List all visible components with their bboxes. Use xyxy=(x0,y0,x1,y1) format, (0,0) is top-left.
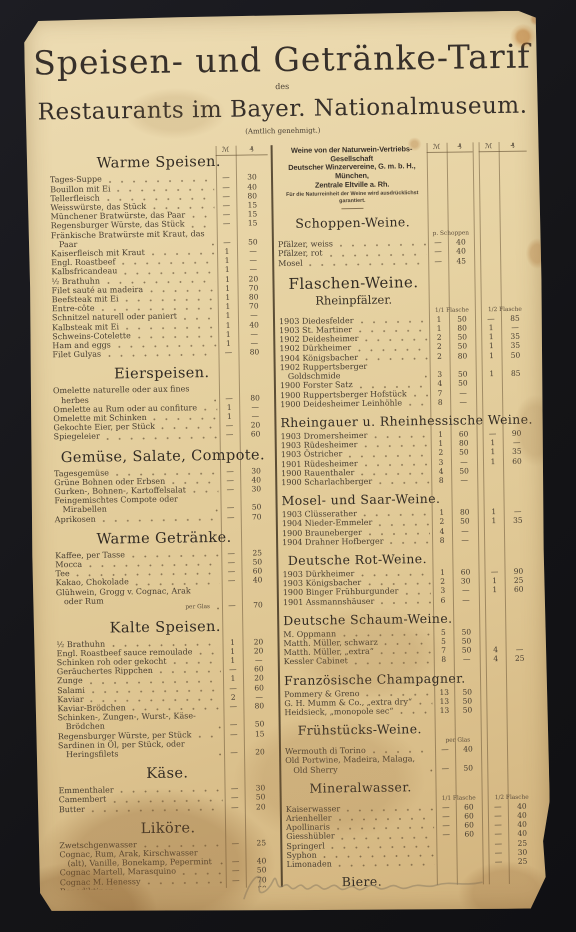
price-pfennig: 15 xyxy=(236,200,268,210)
price-pfennig: 20 xyxy=(242,637,274,647)
item-label: Heidsieck, „monopole sec“ xyxy=(284,707,393,718)
item-label: Giesshübler xyxy=(286,832,335,842)
dot-leader xyxy=(103,350,216,359)
price-pfennig: — xyxy=(239,402,271,412)
price-pfennig: 60 xyxy=(240,430,272,440)
price-pfennig-full: 50 xyxy=(452,517,478,527)
price-pfennig: 40 xyxy=(242,576,274,586)
price-mark: — xyxy=(220,466,240,475)
price-mark-half: 1 xyxy=(481,323,501,332)
item-name: 1904 Drahner Hofberger xyxy=(282,536,384,547)
price-pfennig-full: — xyxy=(453,595,479,605)
price-mark-half: — xyxy=(488,829,508,838)
price-pfennig: 80 xyxy=(238,347,270,357)
price-pfennig-half: 40 xyxy=(508,829,536,839)
price-pfennig: 80 xyxy=(239,393,271,403)
price-pfennig-full: 50 xyxy=(454,645,480,655)
item-label: Springerl xyxy=(286,841,324,851)
price-pfennig-full: 50 xyxy=(451,466,477,476)
notice-line: Deutscher Winzervereine, G. m. b. H., Mü… xyxy=(277,163,427,182)
price-mark: 2 xyxy=(223,692,243,701)
price-pfennig: — xyxy=(243,655,275,665)
item-label: Apollinaris xyxy=(286,823,330,833)
price-mark-full: — xyxy=(436,802,456,811)
price-pfennig-half: 85 xyxy=(502,369,530,379)
price-mark-full: 8 xyxy=(432,535,452,544)
item-name: Mosel xyxy=(278,258,303,268)
price-mark-full: — xyxy=(428,247,448,256)
price-mark-half: — xyxy=(483,429,503,438)
price-pfennig: 70 xyxy=(241,512,273,522)
dot-leader xyxy=(376,598,431,606)
price-mark-full: 7 xyxy=(430,388,450,397)
price-pfennig-full: 40 xyxy=(448,238,474,248)
menu-document: Speisen- und Getränke-Tarif des Restaura… xyxy=(24,10,551,915)
price-mark-full: 8 xyxy=(434,655,454,664)
price-mark-half: 1 xyxy=(483,457,503,466)
item-label: Glühwein, Grogg v. Cognac, Arak oder Rum xyxy=(56,586,191,606)
price-mark: 1 xyxy=(217,247,237,256)
price-pfennig: 80 xyxy=(236,191,268,201)
price-pfennig-full: 50 xyxy=(453,636,479,646)
price-mark: — xyxy=(221,548,241,557)
price-mark-half: 1 xyxy=(481,332,501,341)
item-name: Butter xyxy=(59,804,85,814)
price-pfennig-full: 80 xyxy=(449,351,475,361)
price-mark-full: 7 xyxy=(434,646,454,655)
price-mark-full: 13 xyxy=(434,696,454,705)
dot-leader xyxy=(98,515,219,524)
item-name: Schinken-, Zungen-, Wurst-, Käse-Brödche… xyxy=(57,711,211,732)
price-mark-half: 1 xyxy=(485,576,505,585)
menu-item-row: Sardinen in Öl, per Stück, oder Heringsf… xyxy=(58,738,276,759)
price-mark: — xyxy=(225,838,245,847)
price-mark: — xyxy=(216,210,236,219)
item-label: Kaiserwasser xyxy=(286,804,340,814)
price-mark: 1 xyxy=(218,320,238,329)
price-pfennig-full: 50 xyxy=(455,763,481,773)
section-title: Liköre. xyxy=(59,819,277,838)
price-header-row: ℳ ₰ ℳ ₰ xyxy=(427,142,527,153)
price-pfennig-half: 25 xyxy=(505,576,533,586)
price-pfennig: 70 xyxy=(238,301,270,311)
item-label: Zunge xyxy=(57,676,83,685)
dot-leader xyxy=(386,538,431,546)
price-pfennig-full: 50 xyxy=(454,696,480,706)
item-name: Syphon xyxy=(286,850,316,860)
section-title: Mineralwasser. xyxy=(285,779,435,796)
wine-item-row: Old Portwine, Madeira, Malaga, Old Sherr… xyxy=(285,753,535,775)
mark-symbol: ℳ xyxy=(427,143,447,153)
price-pfennig-full: 30 xyxy=(453,576,479,586)
price-pfennig-full: — xyxy=(454,655,480,665)
price-pfennig-full: 60 xyxy=(452,567,478,577)
price-mark: — xyxy=(221,558,241,567)
pfennig-symbol: ₰ xyxy=(447,143,473,153)
price-mark-full: 3 xyxy=(431,457,451,466)
item-name: Zunge xyxy=(57,676,83,686)
item-label: Tages-Suppe xyxy=(50,175,102,185)
price-pfennig-half: 40 xyxy=(508,820,536,830)
item-label: Fränkische Bratwürste mit Kraut, das Paa… xyxy=(51,229,205,249)
section-title: Kalte Speisen. xyxy=(56,618,274,637)
section-title: Rheingauer u. Rheinhessische Weine. xyxy=(280,413,430,430)
price-pfennig-full: 50 xyxy=(450,379,476,389)
item-name: Fränkische Bratwürste mit Kraut, das Paa… xyxy=(51,229,205,250)
item-name: 1901 Assmannshäuser xyxy=(283,596,375,606)
price-mark-full: 5 xyxy=(433,637,453,646)
item-name: Tee xyxy=(55,569,69,578)
price-pfennig-half: 25 xyxy=(509,889,537,891)
price-mark-full: 5 xyxy=(433,627,453,636)
price-mark-full: — xyxy=(436,830,456,839)
item-label: Aprikosen xyxy=(55,514,96,524)
item-label: M. Oppmann xyxy=(283,629,336,639)
price-pfennig-full: 60 xyxy=(456,821,482,831)
item-name: Kaviar xyxy=(57,695,84,705)
price-pfennig-half: 35 xyxy=(501,332,529,342)
price-pfennig: — xyxy=(243,692,275,702)
price-pfennig: 30 xyxy=(244,783,276,793)
price-pfennig-full: — xyxy=(452,535,478,545)
price-mark-full: 4 xyxy=(432,526,452,535)
price-mark-full: — xyxy=(436,812,456,821)
price-pfennig-full: 80 xyxy=(451,438,477,448)
price-pfennig-full: 50 xyxy=(449,333,475,343)
right-column: ℳ ₰ ℳ ₰ Weine von der Naturwein-Vertrieb… xyxy=(277,142,538,891)
price-pfennig-half: 85 xyxy=(501,313,529,323)
dot-leader xyxy=(305,259,427,268)
title-block: Speisen- und Getränke-Tarif des Restaura… xyxy=(24,10,541,138)
price-pfennig-half: 35 xyxy=(503,447,531,457)
price-pfennig: — xyxy=(238,338,270,348)
page-title: Speisen- und Getränke-Tarif xyxy=(24,38,539,81)
price-mark: — xyxy=(224,748,244,757)
item-name: Glühwein, Grogg v. Cognac, Arak oder Rum… xyxy=(56,586,210,613)
price-pfennig: 30 xyxy=(240,484,272,494)
price-mark-full: 2 xyxy=(432,517,452,526)
handwritten-signature xyxy=(236,859,497,913)
item-label: Pfälzer, weiss xyxy=(278,240,333,250)
price-mark: — xyxy=(217,219,237,228)
item-name: Aprikosen xyxy=(55,514,96,524)
price-mark-half: 1 xyxy=(484,507,504,516)
price-mark: — xyxy=(219,393,239,402)
price-pfennig-full: 40 xyxy=(455,744,481,754)
price-mark: — xyxy=(223,665,243,674)
price-mark: 1 xyxy=(217,256,237,265)
price-pfennig: 40 xyxy=(238,320,270,330)
mark-symbol: ℳ xyxy=(479,142,499,152)
price-pfennig: 20 xyxy=(239,420,271,430)
price-pfennig-half: — xyxy=(506,645,534,655)
price-mark-full: 4 xyxy=(430,379,450,388)
price-pfennig: 20 xyxy=(245,802,277,812)
price-pfennig-full: 50 xyxy=(453,627,479,637)
item-name: Filet Gulyas xyxy=(52,350,101,360)
dot-leader xyxy=(102,433,218,442)
price-pfennig-half: 25 xyxy=(506,654,534,664)
item-name: Heidsieck, „monopole sec“ xyxy=(284,707,393,718)
item-name: Salami xyxy=(57,685,85,695)
price-pfennig-half: 25 xyxy=(508,838,536,848)
item-label: Syphon xyxy=(286,850,316,859)
price-mark: — xyxy=(220,430,240,439)
price-pfennig: 30 xyxy=(236,173,268,183)
item-label: Tagesgemüse xyxy=(54,468,109,478)
price-mark: — xyxy=(221,503,241,512)
item-label: Filet Gulyas xyxy=(52,350,101,360)
price-mark-full: 1 xyxy=(432,568,452,577)
price-pfennig-half: — xyxy=(501,323,529,333)
price-mark-half: — xyxy=(488,811,508,820)
price-mark-half: — xyxy=(484,567,504,576)
notice-line: Zentrale Eltville a. Rh. xyxy=(277,180,427,191)
dot-leader xyxy=(425,766,433,773)
price-mark: — xyxy=(225,802,245,811)
price-pfennig: — xyxy=(238,311,270,321)
section-title: Gemüse, Salate, Compote. xyxy=(54,447,272,466)
price-pfennig: 50 xyxy=(241,503,273,513)
price-pfennig: — xyxy=(237,255,269,265)
price-pfennig: — xyxy=(239,411,271,421)
price-pfennig-full: 45 xyxy=(448,256,474,266)
price-pfennig: 20 xyxy=(237,274,269,284)
price-pfennig-full: 50 xyxy=(449,314,475,324)
item-label: 1901 Assmannshäuser xyxy=(283,596,375,606)
price-pfennig-half: 60 xyxy=(503,456,531,466)
price-mark-full: 1 xyxy=(431,439,451,448)
price-pfennig: 50 xyxy=(241,557,273,567)
page-subtitle: Restaurants im Bayer. Nationalmuseum. xyxy=(25,93,540,126)
price-pfennig-half: 50 xyxy=(501,350,529,360)
price-mark: — xyxy=(216,182,236,191)
price-mark: 1 xyxy=(218,293,238,302)
item-label: Tellerfleisch xyxy=(50,193,100,203)
price-mark-half: 1 xyxy=(485,585,505,594)
price-pfennig-full: 40 xyxy=(448,247,474,257)
left-column: ℳ ₰ Warme Speisen.Tages-Suppe—30Bouillon… xyxy=(50,146,278,891)
price-mark: 1 xyxy=(218,302,238,311)
item-name: Mocca xyxy=(55,560,82,570)
item-label: 1900 Deidesheimer Leinhöhle xyxy=(280,398,402,409)
dot-leader xyxy=(212,603,220,610)
item-label: Arienheller xyxy=(286,813,332,823)
dot-leader xyxy=(350,658,432,666)
dot-leader xyxy=(214,750,222,757)
item-name: Feingemischtes Compote oder Mirabellen xyxy=(54,494,208,515)
price-mark: — xyxy=(221,512,241,521)
section-title: Warme Getränke. xyxy=(55,529,273,548)
price-mark: 1 xyxy=(218,329,238,338)
item-label: Sardinen in Öl, per Stück, oder Heringsf… xyxy=(58,739,185,759)
price-mark-full: 13 xyxy=(434,706,454,715)
price-mark-half: 4 xyxy=(486,645,506,654)
item-label: Emmenthaler xyxy=(58,786,113,796)
price-mark: 1 xyxy=(223,656,243,665)
price-pfennig: 50 xyxy=(237,237,269,247)
price-mark-half: — xyxy=(488,848,508,857)
price-mark-half: — xyxy=(488,820,508,829)
price-pfennig-half: 90 xyxy=(503,429,531,439)
item-label: Omelette naturelle oder aux fines herbes xyxy=(53,385,190,405)
price-pfennig: 70 xyxy=(242,601,274,611)
price-mark-half: 1 xyxy=(483,447,503,456)
price-pfennig: 15 xyxy=(236,209,268,219)
price-mark-full: — xyxy=(436,821,456,830)
price-pfennig: 80 xyxy=(238,292,270,302)
price-mark-full: 1 xyxy=(432,508,452,517)
price-mark: 1 xyxy=(217,283,237,292)
item-label: 1900 Scharlachberger xyxy=(281,477,372,487)
price-mark-half: — xyxy=(488,802,508,811)
item-name: Springerl xyxy=(286,841,324,851)
price-mark: — xyxy=(220,475,240,484)
item-label: Tee xyxy=(55,569,69,578)
price-pfennig-full: 50 xyxy=(454,687,480,697)
price-pfennig: 15 xyxy=(237,219,269,229)
price-mark: 1 xyxy=(218,311,238,320)
price-pfennig-half: 90 xyxy=(504,567,532,577)
price-pfennig-half: 40 xyxy=(508,801,536,811)
price-pfennig: — xyxy=(237,265,269,275)
price-pfennig-half: 35 xyxy=(504,516,532,526)
price-mark-full: 1 xyxy=(431,430,451,439)
price-pfennig-half: — xyxy=(503,438,531,448)
price-mark: — xyxy=(216,173,236,182)
photo-background: Speisen- und Getränke-Tarif des Restaura… xyxy=(0,0,576,932)
price-pfennig-full: — xyxy=(452,526,478,536)
price-mark-full: 2 xyxy=(433,577,453,586)
price-mark: — xyxy=(220,485,240,494)
item-name: Spiegeleier xyxy=(54,432,100,442)
price-pfennig: 20 xyxy=(243,674,275,684)
price-mark-full: 8 xyxy=(431,476,451,485)
section-title: Deutsche Schaum-Weine. xyxy=(283,611,433,628)
price-mark-full: 4 xyxy=(431,466,451,475)
item-label: Spiegeleier xyxy=(54,432,100,442)
price-pfennig: 20 xyxy=(243,646,275,656)
price-mark-full: 2 xyxy=(429,333,449,342)
price-mark: — xyxy=(223,702,243,711)
notice-guarantee: Für die Naturreinheit der Weine wird aus… xyxy=(277,190,427,206)
price-pfennig: 60 xyxy=(243,664,275,674)
item-label: Schinken-, Zungen-, Wurst-, Käse-Brödche… xyxy=(57,711,195,731)
item-label: ½ Brathuhn xyxy=(51,276,100,286)
menu-item-row: Glühwein, Grogg v. Cognac, Arak oder Rum… xyxy=(56,585,274,613)
price-mark: — xyxy=(223,683,243,692)
item-name: Cognac, Rum, Arak, Kirschwasser (alt), V… xyxy=(59,848,213,869)
dot-leader xyxy=(374,478,429,486)
item-label: Pfälzer, rot xyxy=(278,249,323,259)
section-group-title: Flaschen-Weine. xyxy=(278,273,428,293)
price-mark-half: 1 xyxy=(481,341,501,350)
price-mark-full: 1 xyxy=(429,324,449,333)
price-pfennig-full: 50 xyxy=(451,448,477,458)
price-mark-full: 3 xyxy=(433,586,453,595)
price-pfennig-full: 60 xyxy=(456,811,482,821)
price-pfennig: 40 xyxy=(236,182,268,192)
price-mark: 1 xyxy=(222,637,242,646)
price-mark-full: — xyxy=(435,763,455,772)
price-mark-full: — xyxy=(435,745,455,754)
item-label: Feingemischtes Compote oder Mirabellen xyxy=(54,495,177,515)
price-pfennig: 20 xyxy=(244,747,276,757)
item-label: Mosel xyxy=(278,258,303,267)
price-pfennig-full: 60 xyxy=(451,429,477,439)
price-pfennig: 60 xyxy=(241,566,273,576)
item-label: 1902 Ruppertsberger Goldschmide xyxy=(280,362,368,381)
price-mark: 1 xyxy=(218,339,238,348)
price-mark-half: 1 xyxy=(482,369,502,378)
item-name: 1900 Deidesheimer Leinhöhle xyxy=(280,398,402,409)
section-title: Frühstücks-Weine. xyxy=(285,721,435,738)
price-pfennig: 80 xyxy=(243,701,275,711)
price-pfennig-full: 50 xyxy=(454,705,480,715)
price-pfennig-half: 60 xyxy=(505,585,533,595)
price-mark-half: 1 xyxy=(484,516,504,525)
pfennig-symbol: ₰ xyxy=(499,142,527,152)
item-name: Old Portwine, Madeira, Malaga, Old Sherr… xyxy=(285,755,423,775)
price-pfennig-half: 30 xyxy=(508,847,536,857)
price-pfennig-full: 50 xyxy=(449,342,475,352)
item-label: Camembert xyxy=(59,795,107,805)
price-pfennig-full: 60 xyxy=(456,830,482,840)
wine-supplier-notice: Weine von der Naturwein-Vertriebs-Gesell… xyxy=(277,145,428,210)
price-pfennig-full: — xyxy=(453,586,479,596)
price-mark: — xyxy=(225,793,245,802)
dot-leader xyxy=(404,400,428,407)
price-mark: — xyxy=(222,601,242,610)
price-mark: — xyxy=(221,567,241,576)
price-mark: — xyxy=(217,237,237,246)
price-mark: 1 xyxy=(223,674,243,683)
price-pfennig: 25 xyxy=(245,838,277,848)
price-mark-full: 2 xyxy=(429,342,449,351)
item-label: Kessler Cabinet xyxy=(284,657,348,667)
price-pfennig-full: 80 xyxy=(449,323,475,333)
price-pfennig: 50 xyxy=(245,793,277,803)
price-mark-full: 8 xyxy=(430,397,450,406)
item-label: ½ Brathuhn xyxy=(56,639,105,649)
price-mark: — xyxy=(222,576,242,585)
price-pfennig: — xyxy=(238,329,270,339)
price-pfennig: 15 xyxy=(244,729,276,739)
section-title: Warme Speisen. xyxy=(50,154,268,173)
section-title: Eierspeisen. xyxy=(53,365,271,384)
price-pfennig-half: 25 xyxy=(509,857,537,867)
item-name: Benediktiner xyxy=(60,886,113,891)
item-label: Kaviar xyxy=(57,695,84,704)
price-pfennig-full: — xyxy=(451,457,477,467)
price-mark-full: 13 xyxy=(434,687,454,696)
menu-columns: ℳ ₰ Warme Speisen.Tages-Suppe—30Bouillon… xyxy=(25,132,550,891)
price-pfennig-half: 40 xyxy=(508,811,536,821)
item-name: Kessler Cabinet xyxy=(284,657,348,667)
dot-leader xyxy=(87,805,223,814)
price-mark-half: 1 xyxy=(483,438,503,447)
item-name: 1902 Ruppertsberger Goldschmide xyxy=(280,361,418,381)
section-title: Französische Champagner. xyxy=(284,671,434,688)
price-pfennig: 25 xyxy=(241,548,273,558)
price-mark: 1 xyxy=(217,274,237,283)
price-pfennig-full: 60 xyxy=(456,802,482,812)
item-label: Cognac, Rum, Arak, Kirschwasser (alt), V… xyxy=(59,848,212,868)
price-mark: — xyxy=(219,421,239,430)
price-mark-full: 2 xyxy=(431,448,451,457)
price-pfennig: 50 xyxy=(244,720,276,730)
price-mark: — xyxy=(224,784,244,793)
